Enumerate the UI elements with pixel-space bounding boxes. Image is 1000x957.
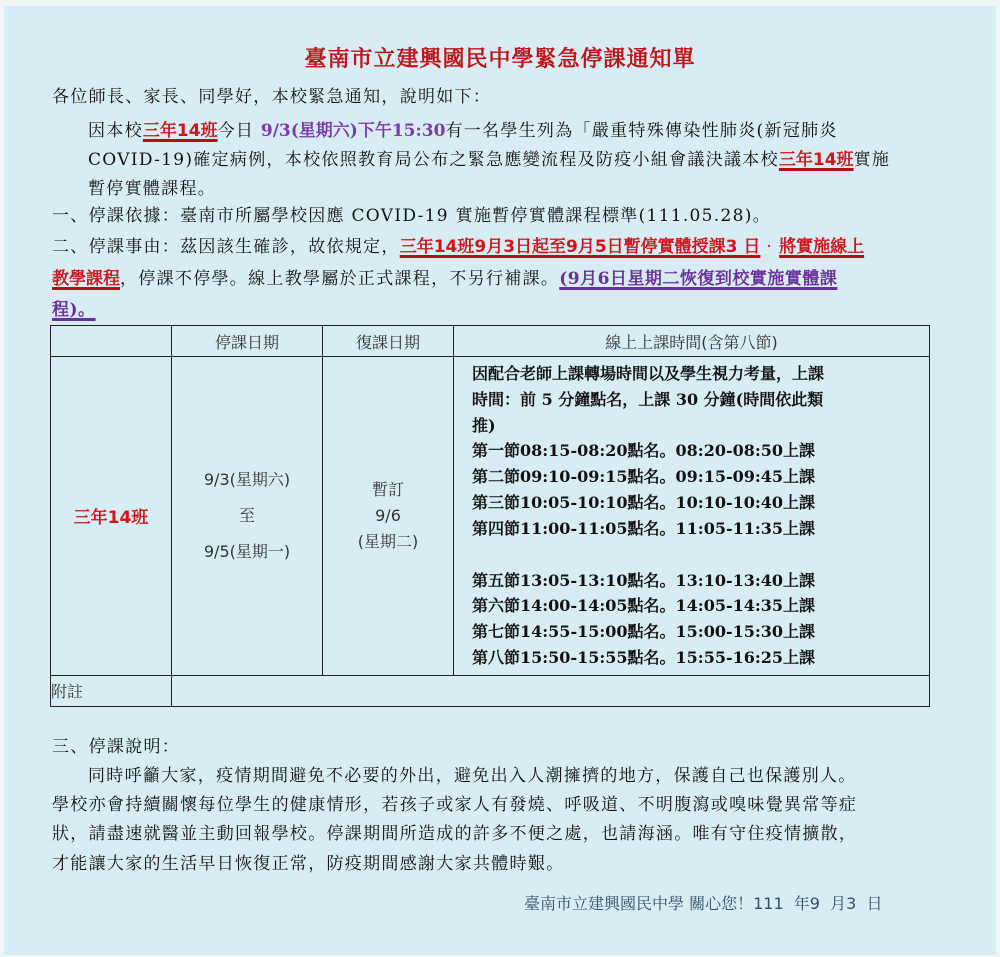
intro-text: 因本校: [88, 121, 143, 141]
schedule-table: 停課日期 復課日期 線上上課時間(含第八節) 三年14班 9/3(星期六) 至 …: [50, 325, 930, 707]
online-note-line: 推): [472, 413, 919, 439]
intro-text: COVID-19)確定病例，本校依照教育局公布之緊急應變流程及防疫小組會議決議本…: [88, 150, 779, 170]
resume-highlight: (9月6日星期二恢復到校實施實體課: [559, 269, 837, 289]
section-reason-line-2: 教學課程，停課不停學。線上教學屬於正式課程，不另行補課。(9月6日星期二恢復到校…: [52, 266, 837, 292]
lunch-gap: [472, 542, 919, 568]
period-6: 第六節14:00-14:05點名。14:05-14:35上課: [472, 593, 919, 619]
table-header-row: 停課日期 復課日期 線上上課時間(含第八節): [51, 326, 930, 357]
note-label: 附註: [51, 675, 172, 706]
period-7: 第七節14:55-15:00點名。15:00-15:30上課: [472, 619, 919, 645]
section-basis: 一、停課依據：臺南市所屬學校因應 COVID-19 實施暫停實體課程標準(111…: [52, 203, 771, 229]
period-2: 第二節09:10-09:15點名。09:15-09:45上課: [472, 464, 919, 490]
intro-text: 今日: [218, 121, 261, 141]
class-name: 三年14班: [74, 508, 149, 528]
intro-text: 實施: [854, 150, 891, 170]
online-note-line: 因配合老師上課轉場時間以及學生視力考量，上課: [472, 361, 919, 387]
suspend-date-cell: 9/3(星期六) 至 9/5(星期一): [172, 357, 323, 676]
table-row: 三年14班 9/3(星期六) 至 9/5(星期一) 暫訂 9/6 (星期二) 因…: [51, 357, 930, 676]
section-explanation-label: 三、停課說明：: [52, 734, 180, 760]
note-value: [172, 675, 930, 706]
suspend-end: 9/5(星期一): [172, 534, 322, 570]
intro-line-2: COVID-19)確定病例，本校依照教育局公布之緊急應變流程及防疫小組會議決議本…: [88, 147, 890, 173]
resume-date-cell: 暫訂 9/6 (星期二): [323, 357, 454, 676]
header-online-time: 線上上課時間(含第八節): [454, 326, 930, 357]
period-5: 第五節13:05-13:10點名。13:10-13:40上課: [472, 568, 919, 594]
header-suspend-date: 停課日期: [172, 326, 323, 357]
explanation-line: 同時呼籲大家，疫情期間避免不必要的外出，避免出入人潮擁擠的地方，保護自己也保護別…: [88, 763, 857, 789]
header-resume-date: 復課日期: [323, 326, 454, 357]
suspend-start: 9/3(星期六): [172, 462, 322, 498]
suspension-highlight: 三年14班9月3日起至9月5日暫停實體授課3 日: [400, 237, 761, 257]
period-4: 第四節11:00-11:05點名。11:05-11:35上課: [472, 516, 919, 542]
notice-title: 臺南市立建興國民中學緊急停課通知單: [0, 42, 1000, 73]
period-8: 第八節15:50-15:55點名。15:55-16:25上課: [472, 645, 919, 671]
explanation-line: 學校亦會持續關懷每位學生的健康情形，若孩子或家人有發燒、呼吸道、不明腹瀉或嗅味覺…: [52, 792, 857, 818]
class-highlight: 三年14班: [143, 121, 218, 141]
suspend-to: 至: [172, 498, 322, 534]
resume-tentative: 暫訂: [323, 477, 453, 503]
online-highlight: 將實施線上: [779, 237, 864, 257]
resume-date: 9/6: [323, 503, 453, 529]
section-reason-line-3: 程)。: [52, 297, 96, 323]
online-schedule-cell: 因配合老師上課轉場時間以及學生視力考量，上課 時間：前 5 分鐘點名，上課 30…: [454, 357, 930, 676]
footer-signature: 臺南市立建興國民中學 關心您！111 年9 月3 日: [524, 891, 883, 914]
separator-dot: ·: [766, 237, 773, 257]
explanation-line: 才能讓大家的生活早日恢復正常，防疫期間感謝大家共體時艱。: [52, 851, 564, 877]
reason-label: 二、停課事由：茲因該生確診，故依規定，: [52, 237, 400, 257]
period-1: 第一節08:15-08:20點名。08:20-08:50上課: [472, 438, 919, 464]
greeting: 各位師長、家長、同學好，本校緊急通知，說明如下：: [52, 84, 491, 110]
resume-highlight: 程)。: [52, 300, 96, 320]
reason-text: ，停課不停學。線上教學屬於正式課程，不另行補課。: [120, 269, 559, 289]
header-class: [51, 326, 172, 357]
online-note-line: 時間：前 5 分鐘點名，上課 30 分鐘(時間依此類: [472, 387, 919, 413]
note-row: 附註: [51, 675, 930, 706]
period-3: 第三節10:05-10:10點名。10:10-10:40上課: [472, 490, 919, 516]
class-cell: 三年14班: [51, 357, 172, 676]
class-highlight: 三年14班: [779, 150, 854, 170]
time-highlight: 9/3(星期六)下午15:30: [261, 121, 446, 141]
intro-line-1: 因本校三年14班今日 9/3(星期六)下午15:30有一名學生列為「嚴重特殊傳染…: [88, 118, 838, 144]
section-reason-line-1: 二、停課事由：茲因該生確診，故依規定，三年14班9月3日起至9月5日暫停實體授課…: [52, 234, 864, 260]
intro-line-3: 暫停實體課程。: [88, 176, 216, 202]
intro-text: 有一名學生列為「嚴重特殊傳染性肺炎(新冠肺炎: [445, 121, 837, 141]
explanation-line: 狀，請盡速就醫並主動回報學校。停課期間所造成的許多不便之處，也請海涵。唯有守住疫…: [52, 821, 857, 847]
resume-weekday: (星期二): [323, 529, 453, 555]
online-highlight: 教學課程: [52, 269, 120, 289]
